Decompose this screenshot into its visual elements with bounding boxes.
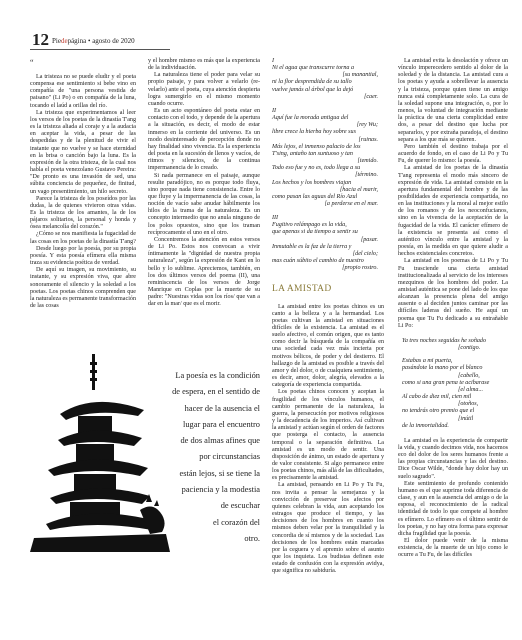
poem-line: [hacia el marir,: [272, 187, 384, 194]
publication-line: Piedepágina • agosto de 2020: [52, 37, 135, 45]
poem-line: vuelve jamás al árbol que la dejó: [272, 87, 384, 94]
poem-line: pasándote la mano por el blanco: [402, 365, 508, 372]
pull-quote-line: el corazón del: [150, 515, 260, 531]
article-column-3: I Ni el agua que transcurre torna a [su …: [272, 58, 384, 575]
publication-name-part2: de: [61, 37, 68, 45]
pull-quote-line: de espera, en el sentido de: [150, 384, 260, 400]
separator-bullet: •: [88, 37, 90, 45]
paragraph: La amistad de los poetas de la dinastía …: [398, 165, 508, 258]
page-header: 12 Piedepágina • agosto de 2020: [30, 28, 170, 50]
poem-section-number: I: [272, 58, 384, 65]
pull-quote-line: La poesía es la condición: [150, 368, 260, 384]
paragraph: La tristeza no se puede eludir y el poet…: [30, 74, 136, 110]
paragraph: La tristeza que experimentamos al leer l…: [30, 110, 136, 196]
paragraph: Si nada permanece en el paisaje, aunque …: [148, 173, 260, 237]
paragraph: La amistad es la experiencia de comparti…: [398, 438, 508, 481]
pull-quote-line: de escuchar: [150, 498, 260, 514]
paragraph: De aquí su imagen, su movimiento, su ins…: [30, 267, 136, 310]
pull-quote-line: lugar para el encuentro: [150, 417, 260, 433]
paragraph: Este sentimiento de profundo contenido h…: [398, 481, 508, 538]
paragraph: La naturaleza tiene el poder para velar …: [148, 72, 260, 108]
poem-line: [propio rostro.: [272, 265, 384, 272]
poem-line: Aquí fue la morada antigua del: [272, 115, 384, 122]
pull-quote-line: están lejos, si se tiene la: [150, 466, 260, 482]
paragraph: Parece la tristeza de los poseídos por l…: [30, 196, 136, 232]
poem-line: [a perderse en el mar.: [272, 201, 384, 208]
poem-line: [del cielo;: [272, 251, 384, 258]
opening-quote-mark: “: [30, 58, 136, 74]
poem-line: [ruinas.: [272, 137, 384, 144]
pull-quote-line: de dos almas afines que: [150, 433, 260, 449]
publication-name-part1: Pie: [52, 37, 61, 45]
paragraph: ¿Cómo se nos manifiesta la fugacidad de …: [30, 231, 136, 245]
paragraph: Los poetas chinos conocen y aceptan la f…: [272, 389, 384, 482]
poem-line: [caer.: [272, 94, 384, 101]
paragraph: Es un acto espontáneo del poeta estar en…: [148, 108, 260, 172]
poem-line: ni la flor desprendida de su tallo: [272, 79, 384, 86]
pull-quote-line: hacer de la ausencia el: [150, 401, 260, 417]
poem-line: [pasar.: [272, 237, 384, 244]
paragraph: La amistad en los poemas de Li Po y Tu F…: [398, 258, 508, 330]
poem-line: Estabas a mi puerta,: [402, 358, 508, 365]
poem-section-number: III: [272, 215, 384, 222]
poem-line: Fugitivo relámpago es la vida,: [272, 222, 384, 229]
poem-line: [otoños,: [402, 401, 508, 408]
poem-line: Inmutable es la faz de la tierra y: [272, 244, 384, 251]
poem-line: Más lejos, el inmenso palacio de los: [272, 144, 384, 151]
paragraph: El dolor puede venir de la misma existen…: [398, 538, 508, 559]
poem-line: como pasan las aguas del Río Azul: [272, 194, 384, 201]
poem-line: mas cuán súbito el cambio de nuestro: [272, 258, 384, 265]
paragraph: Pero también el destino trabaja por el a…: [398, 144, 508, 165]
li-po-poem: I Ni el agua que transcurre torna a [su …: [272, 58, 384, 272]
pagoda-silhouette-icon: [20, 352, 170, 552]
pull-quote-line: por circunstancias: [150, 449, 260, 465]
paragraph: Desde luego por la poesía, por su propia…: [30, 246, 136, 267]
poem-line: de la inmortalidad.: [402, 423, 508, 430]
poem-line: [el alma...: [402, 387, 508, 394]
poem-line: Ni el agua que transcurre torna a: [272, 65, 384, 72]
paragraph: La amistad, pensando en Li Po y Tu Fu, n…: [272, 482, 384, 575]
poem-line: [término.: [272, 172, 384, 179]
poem-line: Al cabo de diez mil, cien mil: [402, 394, 508, 401]
poem-line: Ya tres noches seguidas he soñado: [402, 338, 508, 345]
poem-line: [inútil: [402, 416, 508, 423]
poem-line: Los hechos y los hombres viajan: [272, 180, 384, 187]
poem-line: libre crece la hierba hoy sobre sus: [272, 129, 384, 136]
section-heading-la-amistad: LA AMISTAD: [272, 286, 384, 293]
article-column-4: La amistad evita la desolación y ofrece …: [398, 58, 508, 559]
poem-line: que apenas si da tiempo a sentir su: [272, 229, 384, 236]
publication-name-part3: página: [68, 37, 87, 45]
pull-quote-line: otro.: [150, 531, 260, 547]
paragraph: Concentremos la atención en estos versos…: [148, 237, 260, 309]
poem-line: T'sing, antaño tan suntuoso y tan: [272, 151, 384, 158]
poem-line: como si una gran pena te acibarase: [402, 380, 508, 387]
poem-line: Todo eso fue y no es, todo llega a su: [272, 165, 384, 172]
paragraph: La amistad entre los poetas chinos es un…: [272, 304, 384, 390]
issue-date: agosto de 2020: [92, 37, 134, 45]
paragraph: La amistad evita la desolación y ofrece …: [398, 58, 508, 144]
page-number: 12: [32, 30, 49, 50]
article-column-1: “ La tristeza no se puede eludir y el po…: [30, 58, 136, 310]
pull-quote-line: paciencia y la modestia: [150, 482, 260, 498]
paragraph: y el hombre mismo es más que la experien…: [148, 58, 260, 72]
pull-quote: La poesía es la condición de espera, en …: [150, 368, 260, 547]
poem-line: [contigo.: [402, 345, 508, 352]
poem-line: no tendrás otro premio que el: [402, 408, 508, 415]
poem-line: [rey Wu;: [272, 122, 384, 129]
article-column-2: y el hombre mismo es más que la experien…: [148, 58, 260, 308]
tu-fu-poem: Ya tres noches seguidas he soñado [conti…: [402, 338, 508, 430]
poem-line: [cabello,: [402, 373, 508, 380]
